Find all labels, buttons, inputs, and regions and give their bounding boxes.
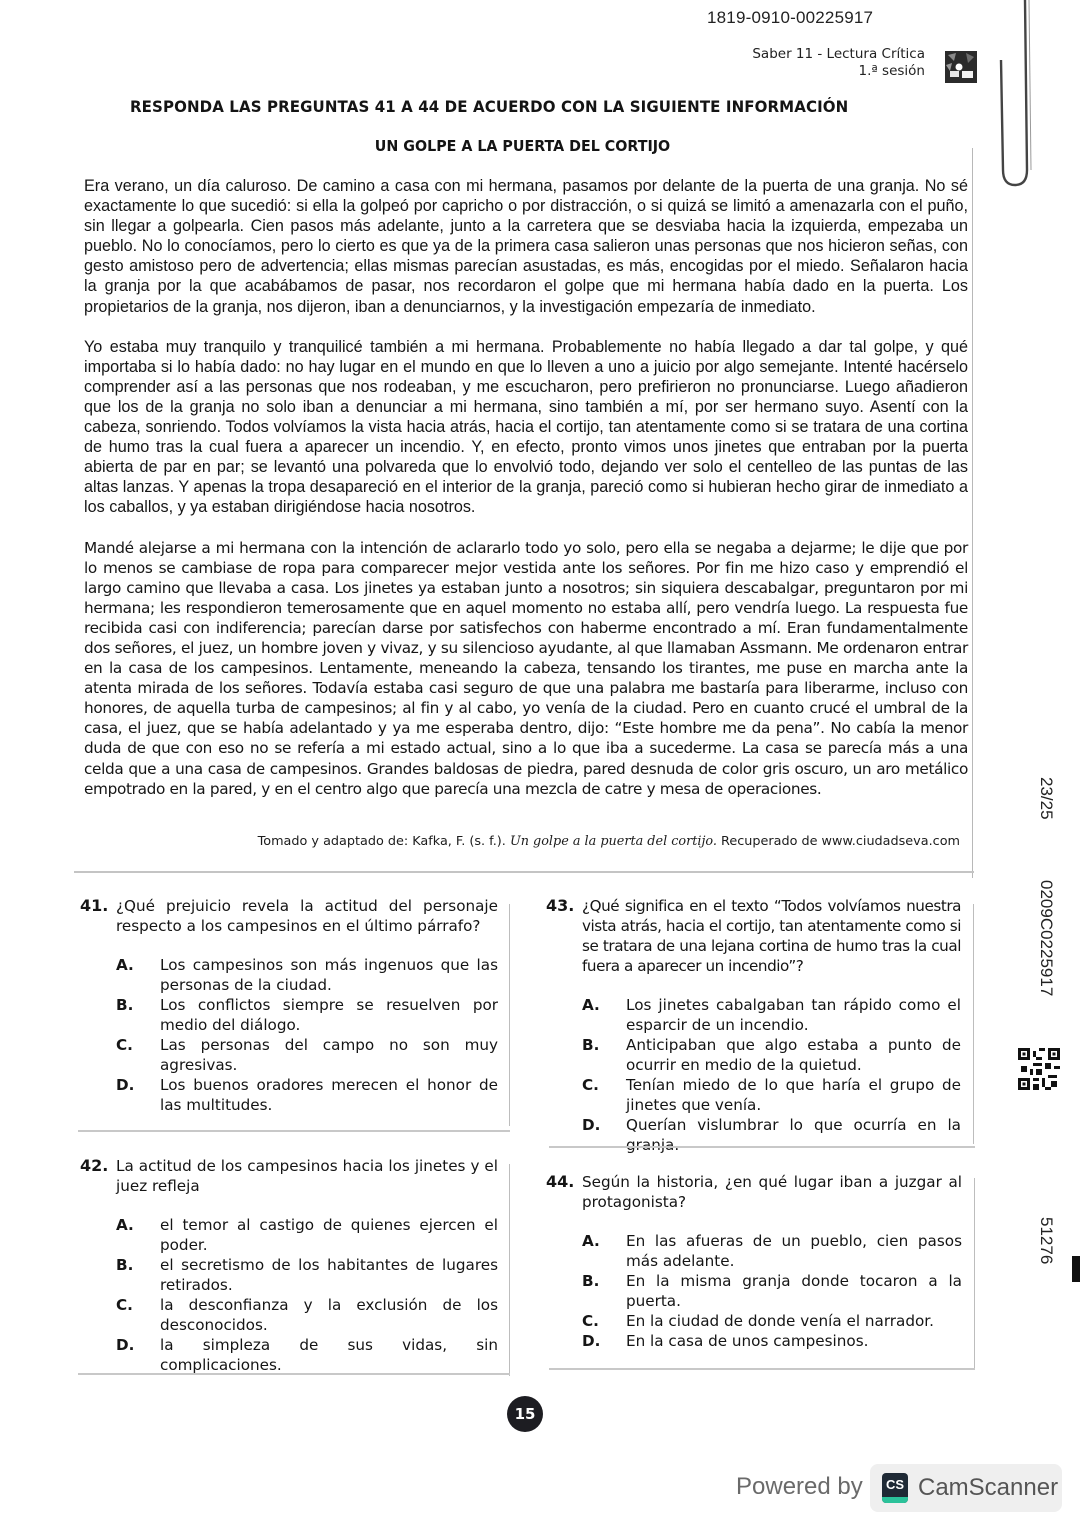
option-letter: B. (582, 1035, 599, 1055)
answer-option-a[interactable]: A.En las afueras de un pueblo, cien paso… (582, 1231, 962, 1271)
question-box-border (509, 1164, 510, 1376)
source-work-title: Un golpe a la puerta del cortijo. (510, 834, 717, 849)
source-citation: Tomado y adaptado de: Kafka, F. (s. f.).… (258, 834, 960, 849)
camscanner-name: CamScanner (918, 1474, 1058, 1502)
reading-paragraph-1: Era verano, un día caluroso. De camino a… (84, 176, 968, 317)
exam-info: Saber 11 - Lectura Crítica 1.ª sesión (752, 46, 925, 80)
reading-title: UN GOLPE A LA PUERTA DEL CORTIJO (42, 137, 1003, 155)
answer-option-b[interactable]: B.Los conflictos siempre se resuelven po… (116, 995, 498, 1035)
option-text: Los campesinos son más ingenuos que las … (160, 956, 498, 994)
option-letter: D. (582, 1331, 600, 1351)
question-number: 44. (546, 1172, 574, 1192)
question-box-border (509, 904, 510, 1126)
registration-mark (1072, 1256, 1080, 1282)
section-divider (74, 871, 974, 873)
exam-name: Saber 11 - Lectura Crítica (752, 46, 925, 63)
answer-option-d[interactable]: D.Querían vislumbrar lo que ocurría en l… (582, 1115, 961, 1155)
answer-options: A.el temor al castigo de quienes ejercen… (80, 1215, 498, 1375)
option-letter: A. (582, 1231, 600, 1251)
camscanner-badge[interactable]: CS CamScanner (870, 1464, 1062, 1512)
answer-option-c[interactable]: C.Las personas del campo no son muy agre… (116, 1035, 498, 1075)
question-box-border (974, 1178, 975, 1370)
answer-option-b[interactable]: B.Anticipaban que algo estaba a punto de… (582, 1035, 961, 1075)
option-text: En la ciudad de donde venía el narrador. (626, 1312, 934, 1330)
option-text: Los jinetes cabalgaban tan rápido como e… (626, 996, 961, 1034)
option-text: el temor al castigo de quienes ejercen e… (160, 1216, 498, 1254)
reading-passage: Era verano, un día caluroso. De camino a… (84, 176, 968, 819)
question-stem: ¿Qué significa en el texto “Todos volvía… (546, 896, 961, 976)
option-letter: C. (582, 1311, 599, 1331)
answer-options: A.En las afueras de un pueblo, cien paso… (546, 1231, 962, 1351)
answer-option-a[interactable]: A.Los jinetes cabalgaban tan rápido como… (582, 995, 961, 1035)
option-text: Tenían miedo de lo que haría el grupo de… (626, 1076, 961, 1114)
question-number: 43. (546, 896, 574, 916)
qr-code-icon (1018, 1048, 1060, 1090)
reading-paragraph-2: Yo estaba muy tranquilo y tranquilicé ta… (84, 337, 968, 518)
answer-option-c[interactable]: C.En la ciudad de donde venía el narrado… (582, 1311, 962, 1331)
option-letter: C. (116, 1295, 133, 1315)
booklet-code: 0209C0225917 (1036, 880, 1056, 996)
answer-options: A.Los jinetes cabalgaban tan rápido como… (546, 995, 961, 1155)
answer-option-d[interactable]: D.En la casa de unos campesinos. (582, 1331, 962, 1351)
exam-session: 1.ª sesión (752, 63, 925, 80)
option-letter: A. (116, 955, 134, 975)
powered-by-label: Powered by (736, 1473, 863, 1501)
option-letter: B. (116, 995, 133, 1015)
question-41: 41. ¿Qué prejuicio revela la actitud del… (80, 896, 498, 1115)
option-letter: D. (116, 1075, 134, 1095)
option-text: Anticipaban que algo estaba a punto de o… (626, 1036, 961, 1074)
option-letter: B. (582, 1271, 599, 1291)
option-text: Las personas del campo no son muy agresi… (160, 1036, 498, 1074)
instructions-heading: RESPONDA LAS PREGUNTAS 41 A 44 DE ACUERD… (130, 97, 848, 116)
question-divider (549, 1146, 975, 1148)
answer-option-b[interactable]: B.En la misma granja donde tocaron a la … (582, 1271, 962, 1311)
answer-option-d[interactable]: D.Los buenos oradores merecen el honor d… (116, 1075, 498, 1115)
option-letter: D. (582, 1115, 600, 1135)
question-divider (549, 1368, 975, 1370)
answer-option-a[interactable]: A.Los campesinos son más ingenuos que la… (116, 955, 498, 995)
question-number: 41. (80, 896, 108, 916)
paper-clip-icon (995, 0, 1045, 190)
question-box-border (973, 904, 974, 1144)
option-text: el secretismo de los habitantes de lugar… (160, 1256, 498, 1294)
option-letter: A. (116, 1215, 134, 1235)
form-number: 51276 (1036, 1217, 1056, 1264)
page-number-badge: 15 (507, 1396, 543, 1432)
document-code: 1819-0910-00225917 (707, 8, 873, 28)
question-stem: La actitud de los campesinos hacia los j… (80, 1156, 498, 1196)
answer-option-c[interactable]: C.la desconfianza y la exclusión de los … (116, 1295, 498, 1335)
option-text: En las afueras de un pueblo, cien pasos … (626, 1232, 962, 1270)
question-divider (78, 1373, 510, 1375)
option-text: Los conflictos siempre se resuelven por … (160, 996, 498, 1034)
reading-paragraph-3: Mandé alejarse a mi hermana con la inten… (84, 538, 968, 799)
option-text: En la misma granja donde tocaron a la pu… (626, 1272, 962, 1310)
question-43: 43. ¿Qué significa en el texto “Todos vo… (546, 896, 961, 1155)
option-text: la desconfianza y la exclusión de los de… (160, 1296, 498, 1334)
camscanner-logo-icon: CS (882, 1473, 908, 1503)
page-fraction: 23/25 (1036, 777, 1056, 820)
option-letter: C. (116, 1035, 133, 1055)
option-text: la simpleza de sus vidas, sin complicaci… (160, 1336, 498, 1374)
option-letter: D. (116, 1335, 134, 1355)
option-text: En la casa de unos campesinos. (626, 1332, 868, 1350)
answer-option-d[interactable]: D.la simpleza de sus vidas, sin complica… (116, 1335, 498, 1375)
source-prefix: Tomado y adaptado de: Kafka, F. (s. f.). (258, 834, 510, 849)
option-letter: C. (582, 1075, 599, 1095)
question-42: 42. La actitud de los campesinos hacia l… (80, 1156, 498, 1375)
question-number: 42. (80, 1156, 108, 1176)
question-44: 44. Según la historia, ¿en qué lugar iba… (546, 1172, 962, 1351)
option-letter: B. (116, 1255, 133, 1275)
option-text: Los buenos oradores merecen el honor de … (160, 1076, 498, 1114)
answer-option-b[interactable]: B.el secretismo de los habitantes de lug… (116, 1255, 498, 1295)
icfes-logo-icon (944, 49, 978, 85)
answer-option-c[interactable]: C.Tenían miedo de lo que haría el grupo … (582, 1075, 961, 1115)
question-divider (78, 1130, 510, 1132)
source-suffix: Recuperado de www.ciudadseva.com (717, 834, 960, 849)
answer-option-a[interactable]: A.el temor al castigo de quienes ejercen… (116, 1215, 498, 1255)
question-stem: Según la historia, ¿en qué lugar iban a … (546, 1172, 962, 1212)
option-text: Querían vislumbrar lo que ocurría en la … (626, 1116, 961, 1154)
question-stem: ¿Qué prejuicio revela la actitud del per… (80, 896, 498, 936)
passage-border-line (972, 148, 973, 878)
answer-options: A.Los campesinos son más ingenuos que la… (80, 955, 498, 1115)
option-letter: A. (582, 995, 600, 1015)
